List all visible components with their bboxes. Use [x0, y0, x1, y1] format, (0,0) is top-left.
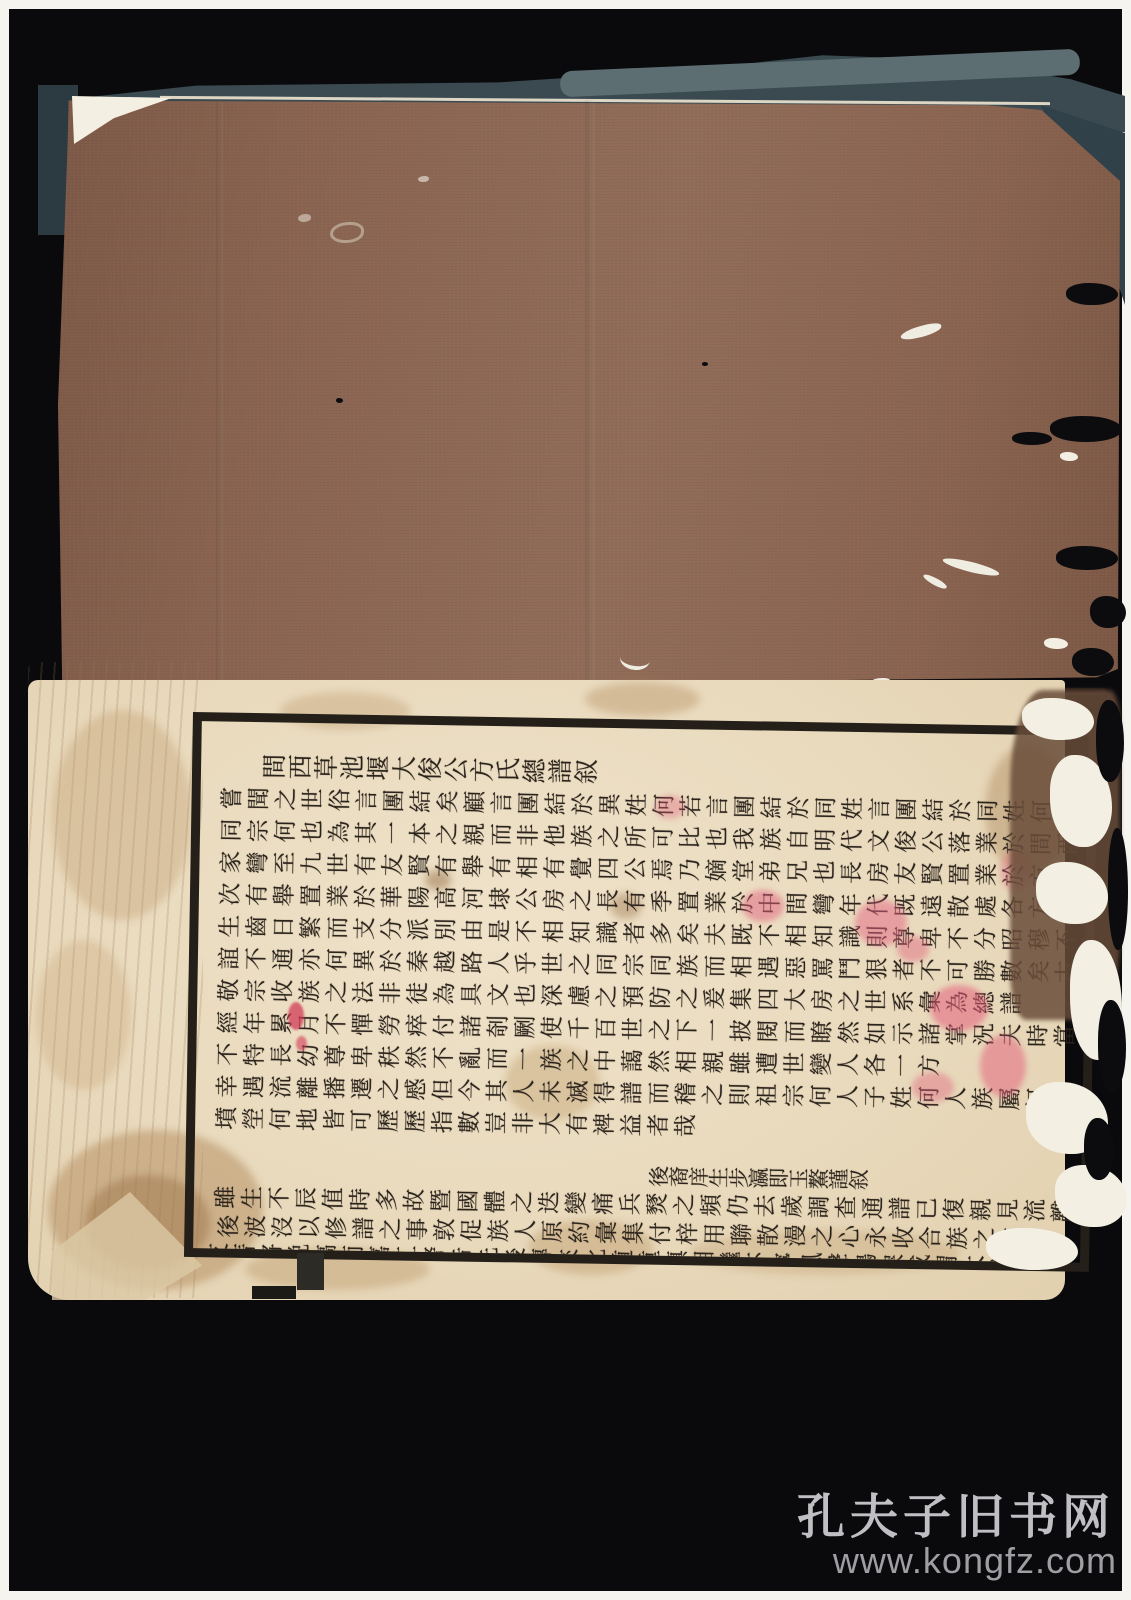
manuscript-glyph: 於	[569, 790, 596, 817]
manuscript-glyph: 矣	[434, 788, 461, 815]
manuscript-glyph: 同	[648, 952, 675, 979]
manuscript-glyph: 言	[488, 789, 515, 816]
manuscript-glyph: 世	[540, 950, 567, 977]
manuscript-glyph: 之	[809, 1222, 836, 1249]
manuscript-glyph: 公	[445, 756, 471, 782]
manuscript-glyph: 一	[380, 819, 407, 846]
manuscript-glyph: 不	[513, 917, 540, 944]
manuscript-glyph: 姓	[839, 795, 866, 822]
manuscript-glyph: 長	[595, 887, 622, 914]
manuscript-glyph: 家	[217, 848, 244, 875]
manuscript-glyph: 有	[433, 852, 460, 879]
manuscript-glyph: 以	[296, 1214, 323, 1241]
manuscript-glyph: 自	[785, 826, 812, 853]
manuscript-glyph: 流	[268, 1073, 295, 1100]
manuscript-glyph: 間	[784, 890, 811, 917]
manuscript-glyph: 深	[539, 982, 566, 1009]
manuscript-glyph: 遇	[241, 1073, 268, 1100]
manuscript-glyph: 通	[860, 1194, 887, 1221]
manuscript-glyph: 同	[812, 794, 839, 821]
manuscript-glyph: 人	[511, 1077, 538, 1104]
manuscript-glyph: 數	[456, 1108, 483, 1135]
manuscript-glyph: 卑	[349, 1043, 376, 1070]
manuscript-glyph: 中	[592, 1047, 619, 1074]
manuscript-glyph: 不	[214, 1040, 241, 1067]
paper-stain	[585, 682, 700, 716]
manuscript-glyph: 誼	[216, 944, 243, 971]
manuscript-glyph: 心	[836, 1223, 863, 1250]
manuscript-glyph: 派	[405, 916, 432, 943]
manuscript-glyph: 漫	[782, 1222, 809, 1249]
manuscript-glyph: 四	[595, 855, 622, 882]
manuscript-glyph: 團	[380, 787, 407, 814]
manuscript-glyph: 非	[510, 1109, 537, 1136]
manuscript-glyph: 何	[324, 946, 351, 973]
manuscript-glyph: 覺	[568, 854, 595, 881]
manuscript-glyph: 之	[596, 823, 623, 850]
manuscript-glyph: 之	[567, 950, 594, 977]
manuscript-glyph: 已	[914, 1195, 941, 1222]
manuscript-glyph: 譜	[887, 1195, 914, 1222]
manuscript-glyph: 大	[393, 755, 419, 781]
manuscript-glyph: 慼	[403, 1076, 430, 1103]
manuscript-glyph: 堂	[730, 857, 757, 884]
manuscript-glyph: 也	[704, 824, 731, 851]
manuscript-glyph: 明	[812, 826, 839, 853]
manuscript-glyph: 置	[946, 861, 973, 888]
manuscript-glyph: 之	[568, 886, 595, 913]
manuscript-glyph: 秦	[405, 948, 432, 975]
manuscript-glyph: 族	[675, 952, 702, 979]
manuscript-glyph: 友	[892, 860, 919, 887]
manuscript-glyph: 顧	[461, 788, 488, 815]
tear-gap	[1098, 1000, 1126, 1092]
manuscript-glyph: 弟	[757, 857, 784, 884]
manuscript-glyph: 結	[407, 788, 434, 815]
manuscript-glyph: 知	[567, 918, 594, 945]
manuscript-glyph: 防	[647, 984, 674, 1011]
manuscript-glyph: 宗	[242, 977, 269, 1004]
manuscript-glyph: 永	[863, 1223, 890, 1250]
watermark-site-name: 孔夫子旧书网	[797, 1478, 1115, 1547]
manuscript-glyph: 河	[460, 884, 487, 911]
manuscript-glyph: 於	[947, 797, 974, 824]
manuscript-glyph: 可	[348, 1107, 375, 1134]
manuscript-glyph: 業	[974, 829, 1001, 856]
manuscript-glyph: 通	[270, 945, 297, 972]
manuscript-glyph: 人	[486, 949, 513, 976]
manuscript-glyph: 世	[781, 1050, 808, 1077]
manuscript-glyph: 沒	[269, 1213, 296, 1240]
manuscript-glyph: 稽	[673, 1080, 700, 1107]
manuscript-glyph: 墳	[213, 1104, 240, 1131]
manuscript-glyph: 分	[972, 925, 999, 952]
manuscript-glyph: 經	[215, 1008, 242, 1035]
manuscript-glyph: 親	[461, 820, 488, 847]
manuscript-glyph: 九	[298, 850, 325, 877]
manuscript-glyph: 彎	[811, 890, 838, 917]
manuscript-glyph: 亦	[297, 946, 324, 973]
manuscript-glyph: 埭	[487, 885, 514, 912]
manuscript-glyph: 知	[810, 922, 837, 949]
manuscript-glyph: 之	[323, 978, 350, 1005]
manuscript-glyph: 之	[376, 1075, 403, 1102]
manuscript-glyph: 日	[270, 913, 297, 940]
manuscript-glyph: 幸	[214, 1072, 241, 1099]
manuscript-glyph: 代	[839, 827, 866, 854]
manuscript-glyph: 而	[782, 1018, 809, 1045]
watermark-site-url: www.kongfz.com	[833, 1540, 1117, 1582]
manuscript-glyph: 示	[890, 1020, 917, 1047]
manuscript-glyph: 歲	[779, 1193, 806, 1220]
manuscript-glyph: 而	[646, 1080, 673, 1107]
manuscript-glyph: 方	[471, 757, 497, 783]
manuscript-glyph: 年	[242, 1009, 269, 1036]
manuscript-glyph: 痛	[590, 1190, 617, 1217]
manuscript-glyph: 同	[974, 797, 1001, 824]
manuscript-glyph: 世	[620, 1015, 647, 1042]
manuscript-glyph: 法	[350, 979, 377, 1006]
manuscript-glyph: 別	[432, 916, 459, 943]
manuscript-glyph: 世	[299, 786, 326, 813]
manuscript-glyph: 修	[323, 1214, 350, 1241]
manuscript-glyph: 族	[485, 1217, 512, 1244]
manuscript-glyph: 叙	[849, 1170, 869, 1190]
manuscript-glyph: 何	[807, 1082, 834, 1109]
manuscript-glyph: 所	[623, 823, 650, 850]
manuscript-glyph: 則	[727, 1081, 754, 1108]
manuscript-glyph: 藹	[619, 1047, 646, 1074]
manuscript-glyph: 秩	[376, 1043, 403, 1070]
manuscript-glyph: 集	[620, 1219, 647, 1246]
manuscript-glyph: 堰	[367, 755, 393, 781]
manuscript-glyph: 哉	[672, 1112, 699, 1139]
manuscript-glyph: 然	[403, 1044, 430, 1071]
manuscript-glyph: 系	[890, 988, 917, 1015]
manuscript-glyph: 促	[458, 1216, 485, 1243]
manuscript-glyph: 有	[487, 853, 514, 880]
manuscript-glyph: 夫	[702, 920, 729, 947]
manuscript-glyph: 遷	[349, 1075, 376, 1102]
manuscript-glyph: 俗	[326, 786, 353, 813]
manuscript-glyph: 氏	[497, 757, 523, 783]
manuscript-glyph: 繁	[297, 914, 324, 941]
manuscript-glyph: 有	[564, 1110, 591, 1137]
manuscript-glyph: 公	[920, 828, 947, 855]
manuscript-glyph: 舉	[271, 881, 298, 908]
manuscript-glyph: 人	[512, 1217, 539, 1244]
manuscript-glyph: 房	[541, 886, 568, 913]
manuscript-glyph: 文	[485, 981, 512, 1008]
manuscript-glyph: 之	[671, 1191, 698, 1218]
manuscript-glyph: 聞	[245, 785, 272, 812]
manuscript-glyph: 者	[645, 1112, 672, 1139]
manuscript-glyph: 多	[374, 1186, 401, 1213]
manuscript-glyph: 親	[968, 1196, 995, 1223]
manuscript-glyph: 塋	[240, 1105, 267, 1132]
manuscript-glyph: 之	[836, 987, 863, 1014]
manuscript-glyph: 於	[378, 947, 405, 974]
manuscript-glyph: 不	[243, 945, 270, 972]
manuscript-glyph: 收	[890, 1224, 917, 1251]
manuscript-glyph: 何	[267, 1105, 294, 1132]
manuscript-glyph: 多	[648, 920, 675, 947]
manuscript-glyph: 遭	[754, 1049, 781, 1076]
manuscript-glyph: 合	[917, 1224, 944, 1251]
manuscript-glyph: 子	[861, 1083, 888, 1110]
manuscript-glyph: 總	[523, 757, 549, 783]
banxin-black-mouth	[252, 1286, 296, 1299]
manuscript-glyph: 後	[215, 1212, 242, 1239]
manuscript-glyph: 可	[945, 957, 972, 984]
manuscript-glyph: 之	[377, 1215, 404, 1242]
manuscript-glyph: 業	[325, 882, 352, 909]
manuscript-glyph: 親	[700, 1048, 727, 1075]
manuscript-glyph: 宗	[621, 951, 648, 978]
manuscript-glyph: 團	[731, 793, 758, 820]
cover-tear	[1050, 416, 1122, 442]
manuscript-glyph: 之	[434, 820, 461, 847]
manuscript-glyph: 公	[622, 855, 649, 882]
manuscript-glyph: 姓	[623, 791, 650, 818]
manuscript-glyph: 尊	[322, 1042, 349, 1069]
manuscript-glyph: 有	[541, 854, 568, 881]
manuscript-glyph: 人	[834, 1083, 861, 1110]
manuscript-glyph: 比	[677, 824, 704, 851]
manuscript-glyph: 而	[324, 914, 351, 941]
ink-speck	[702, 362, 708, 366]
manuscript-glyph: 如	[863, 1019, 890, 1046]
manuscript-glyph: 有	[244, 881, 271, 908]
manuscript-glyph: 支	[351, 915, 378, 942]
red-ink-stain	[980, 1035, 1026, 1097]
manuscript-glyph: 百	[593, 1015, 620, 1042]
manuscript-glyph: 使	[539, 1014, 566, 1041]
manuscript-glyph: 房	[809, 986, 836, 1013]
manuscript-glyph: 識	[594, 919, 621, 946]
manuscript-glyph: 波	[242, 1213, 269, 1240]
cover-tear	[1056, 546, 1118, 570]
tear-gap	[1108, 828, 1128, 950]
manuscript-glyph: 地	[294, 1106, 321, 1133]
manuscript-glyph: 聯	[728, 1221, 755, 1248]
manuscript-glyph: 越	[432, 948, 459, 975]
manuscript-glyph: 於	[352, 883, 379, 910]
manuscript-glyph: 彎	[244, 849, 271, 876]
manuscript-glyph: 流	[1022, 1197, 1049, 1224]
red-ink-stain	[742, 890, 784, 922]
manuscript-glyph: 燹	[644, 1191, 671, 1218]
manuscript-glyph: 世	[863, 987, 890, 1014]
manuscript-glyph: 爰	[701, 984, 728, 1011]
manuscript-glyph: 祖	[754, 1081, 781, 1108]
manuscript-glyph: 用	[701, 1221, 728, 1248]
manuscript-glyph: 瞭	[809, 1018, 836, 1045]
manuscript-glyph: 值	[320, 1185, 347, 1212]
paper-fleck	[1044, 638, 1068, 649]
manuscript-glyph: 變	[808, 1050, 835, 1077]
tear-gap	[1084, 1118, 1114, 1180]
manuscript-glyph: 也	[299, 818, 326, 845]
manuscript-glyph: 鬥	[837, 955, 864, 982]
manuscript-glyph: 於	[785, 794, 812, 821]
manuscript-glyph: 生	[216, 912, 243, 939]
manuscript-glyph: 長	[268, 1041, 295, 1068]
manuscript-glyph: 下	[674, 1016, 701, 1043]
manuscript-glyph: 西	[289, 754, 315, 780]
manuscript-column-1: 間西草池堰大俊公方氏總譜叙	[263, 752, 601, 786]
manuscript-glyph: 間	[263, 753, 289, 779]
manuscript-glyph: 高	[433, 884, 460, 911]
manuscript-glyph: 置	[298, 882, 325, 909]
manuscript-glyph: 徒	[404, 980, 431, 1007]
manuscript-glyph: 乃	[676, 856, 703, 883]
manuscript-glyph: 其	[353, 819, 380, 846]
manuscript-glyph: 咸	[907, 1252, 934, 1272]
manuscript-glyph: 體	[482, 1188, 509, 1215]
paper-stain	[36, 940, 131, 1090]
manuscript-glyph: 路	[459, 948, 486, 975]
cover-tear	[1090, 596, 1126, 628]
manuscript-glyph: 歷	[402, 1108, 429, 1135]
manuscript-glyph: 調	[806, 1193, 833, 1220]
manuscript-glyph: 四	[755, 985, 782, 1012]
manuscript-glyph: 集	[728, 985, 755, 1012]
manuscript-glyph: 由	[459, 916, 486, 943]
manuscript-glyph: 齒	[243, 913, 270, 940]
manuscript-glyph: 豈	[483, 1109, 510, 1136]
manuscript-glyph: 散	[755, 1221, 782, 1248]
manuscript-glyph: 文	[866, 827, 893, 854]
manuscript-glyph: 賢	[919, 860, 946, 887]
manuscript-glyph: 大	[782, 986, 809, 1013]
manuscript-glyph: 嘗	[218, 784, 245, 811]
manuscript-glyph: 分	[378, 915, 405, 942]
manuscript-glyph: 者	[621, 919, 648, 946]
manuscript-glyph: 族	[538, 1046, 565, 1073]
manuscript-glyph: 復	[941, 1195, 968, 1222]
manuscript-glyph: 罵	[810, 954, 837, 981]
manuscript-glyph: 勞	[377, 1011, 404, 1038]
manuscript-glyph: 梓	[674, 1220, 701, 1247]
manuscript-glyph: 劂	[512, 1013, 539, 1040]
manuscript-glyph: 業	[703, 888, 730, 915]
manuscript-glyph: 叙	[575, 758, 601, 784]
manuscript-glyph: 異	[351, 947, 378, 974]
manuscript-glyph: 謂	[934, 1252, 961, 1272]
manuscript-glyph: 異	[596, 791, 623, 818]
manuscript-glyph: 付	[431, 1012, 458, 1039]
manuscript-glyph: 指	[429, 1108, 456, 1135]
manuscript-glyph: 俊	[419, 756, 445, 782]
manuscript-glyph: 相	[783, 922, 810, 949]
manuscript-glyph: 原	[539, 1218, 566, 1245]
manuscript-glyph: 迭	[536, 1189, 563, 1216]
red-ink-stain	[912, 1072, 954, 1102]
red-ink-stain	[288, 1002, 304, 1030]
manuscript-glyph: 人	[835, 1051, 862, 1078]
manuscript-glyph: 族	[944, 1225, 971, 1252]
manuscript-glyph: 閱	[755, 1017, 782, 1044]
manuscript-glyph: 收	[269, 977, 296, 1004]
manuscript-glyph: 而	[488, 821, 515, 848]
manuscript-glyph: 惡	[783, 954, 810, 981]
paper-fleck	[1060, 452, 1078, 461]
manuscript-glyph: 變	[563, 1189, 590, 1216]
manuscript-glyph: 大	[961, 1253, 988, 1272]
manuscript-glyph: 也	[811, 858, 838, 885]
manuscript-glyph: 嫡	[703, 856, 730, 883]
manuscript-glyph: 瘁	[404, 1012, 431, 1039]
manuscript-glyph: 不	[323, 1010, 350, 1037]
manuscript-glyph: 而	[702, 952, 729, 979]
red-ink-stain	[655, 795, 685, 819]
manuscript-glyph: 之	[272, 785, 299, 812]
manuscript-glyph: 具	[458, 980, 485, 1007]
manuscript-column-13: 後裔庠生步瀛即玉鰲謹叙	[649, 1165, 869, 1194]
manuscript-glyph: 兵	[617, 1190, 644, 1217]
manuscript-glyph: 敬	[215, 976, 242, 1003]
manuscript-glyph: 去	[752, 1192, 779, 1219]
red-ink-stain	[296, 1036, 307, 1051]
manuscript-column-12: 墳塋何地皆可歷歷指數豈非大有裨益者哉	[213, 1104, 699, 1139]
manuscript-glyph: 非	[515, 821, 542, 848]
manuscript-glyph: 團	[893, 796, 920, 823]
manuscript-glyph: 不	[756, 921, 783, 948]
manuscript-glyph: 之	[647, 1016, 674, 1043]
manuscript-glyph: 族	[569, 822, 596, 849]
manuscript-glyph: 言	[866, 795, 893, 822]
manuscript-glyph: 之	[593, 983, 620, 1010]
manuscript-glyph: 未	[538, 1078, 565, 1105]
cover-tear	[1066, 283, 1118, 305]
cover-crease	[216, 102, 223, 687]
manuscript-glyph: 不	[266, 1184, 293, 1211]
manuscript-glyph: 披	[728, 1017, 755, 1044]
manuscript-glyph: 見	[995, 1196, 1022, 1223]
manuscript-glyph: 為	[431, 980, 458, 1007]
manuscript-glyph: 其	[484, 1077, 511, 1104]
manuscript-glyph: 華	[379, 883, 406, 910]
red-ink-stain	[897, 936, 929, 962]
manuscript-glyph: 遇	[756, 953, 783, 980]
manuscript-glyph: 是	[486, 917, 513, 944]
manuscript-glyph: 剞	[485, 1013, 512, 1040]
book-photo: 間西草池堰大俊公方氏總譜叙嘗聞之世俗言團結矣顧言團結於異姓何若言團結於同姓言團結…	[0, 0, 1131, 1600]
manuscript-glyph: 業	[973, 861, 1000, 888]
cover-tear	[1012, 432, 1052, 445]
manuscript-glyph: 有	[622, 887, 649, 914]
manuscript-glyph: 譜	[619, 1079, 646, 1106]
manuscript-glyph: 相	[729, 953, 756, 980]
manuscript-glyph: 時	[1025, 1022, 1052, 1049]
manuscript-glyph: 不	[430, 1044, 457, 1071]
manuscript-glyph: 滅	[565, 1078, 592, 1105]
manuscript-glyph: 結	[920, 796, 947, 823]
cover-crease	[585, 100, 595, 688]
manuscript-glyph: 付	[647, 1220, 674, 1247]
manuscript-glyph: 我	[731, 825, 758, 852]
manuscript-glyph: 宗	[781, 1082, 808, 1109]
manuscript-glyph: 兄	[784, 858, 811, 885]
manuscript-glyph: 非	[377, 979, 404, 1006]
manuscript-glyph: 辰	[293, 1185, 320, 1212]
manuscript-glyph: 之	[674, 984, 701, 1011]
manuscript-glyph: 舉	[460, 852, 487, 879]
manuscript-glyph: 言	[704, 792, 731, 819]
manuscript-glyph: 約	[566, 1218, 593, 1245]
manuscript-glyph: 皆	[321, 1106, 348, 1133]
